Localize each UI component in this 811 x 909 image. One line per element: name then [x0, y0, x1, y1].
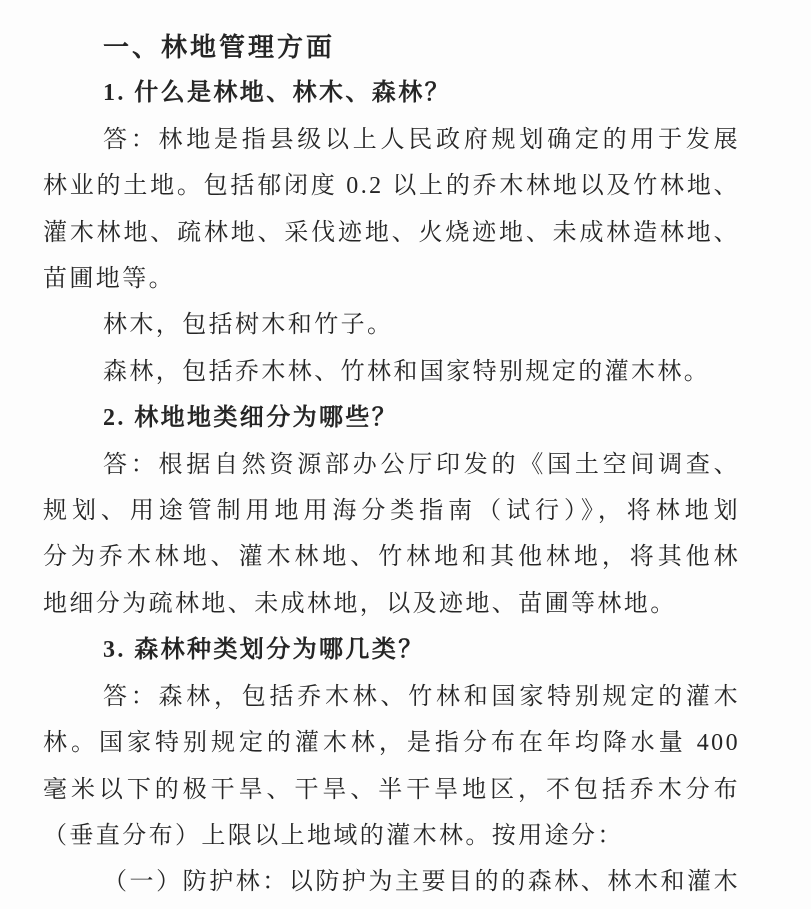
answer-1-line-6: 森林，包括乔木林、竹林和国家特别规定的灌木林。	[43, 349, 740, 395]
answer-2-line-2: 规划、用途管制用地用海分类指南（试行）》，将林地划	[43, 488, 740, 534]
answer-3-line-1: 答：森林，包括乔木林、竹林和国家特别规定的灌木	[43, 674, 740, 720]
question-1: 1. 什么是林地、林木、森林？	[43, 70, 740, 116]
answer-3-line-3: 毫米以下的极干旱、干旱、半干旱地区，不包括乔木分布	[43, 767, 740, 813]
qa-block-2: 2. 林地地类细分为哪些？ 答：根据自然资源部办公厅印发的《国土空间调查、 规划…	[43, 395, 740, 627]
qa-block-3: 3. 森林种类划分为哪几类？ 答：森林，包括乔木林、竹林和国家特别规定的灌木 林…	[43, 627, 740, 905]
answer-2-line-4: 地细分为疏林地、未成林地，以及迹地、苗圃等林地。	[43, 581, 740, 627]
question-2: 2. 林地地类细分为哪些？	[43, 395, 740, 441]
document-page: 一、林地管理方面 1. 什么是林地、林木、森林？ 答：林地是指县级以上人民政府规…	[0, 0, 811, 909]
answer-1-line-2: 林业的土地。包括郁闭度 0.2 以上的乔木林地以及竹林地、	[43, 163, 740, 209]
answer-3-line-4: （垂直分布）上限以上地域的灌木林。按用途分：	[43, 813, 740, 859]
question-3: 3. 森林种类划分为哪几类？	[43, 627, 740, 673]
section-title: 一、林地管理方面	[43, 24, 740, 70]
answer-2-line-1: 答：根据自然资源部办公厅印发的《国土空间调查、	[43, 442, 740, 488]
answer-1-line-5: 林木，包括树木和竹子。	[43, 302, 740, 348]
answer-1-line-3: 灌木林地、疏林地、采伐迹地、火烧迹地、未成林造林地、	[43, 210, 740, 256]
answer-3-line-2: 林。国家特别规定的灌木林，是指分布在年均降水量 400	[43, 720, 740, 766]
qa-block-1: 1. 什么是林地、林木、森林？ 答：林地是指县级以上人民政府规划确定的用于发展 …	[43, 70, 740, 395]
answer-3-line-5: （一）防护林：以防护为主要目的的森林、林木和灌木	[43, 859, 740, 905]
answer-1-line-4: 苗圃地等。	[43, 256, 740, 302]
answer-2-line-3: 分为乔木林地、灌木林地、竹林地和其他林地，将其他林	[43, 534, 740, 580]
answer-1-line-1: 答：林地是指县级以上人民政府规划确定的用于发展	[43, 117, 740, 163]
